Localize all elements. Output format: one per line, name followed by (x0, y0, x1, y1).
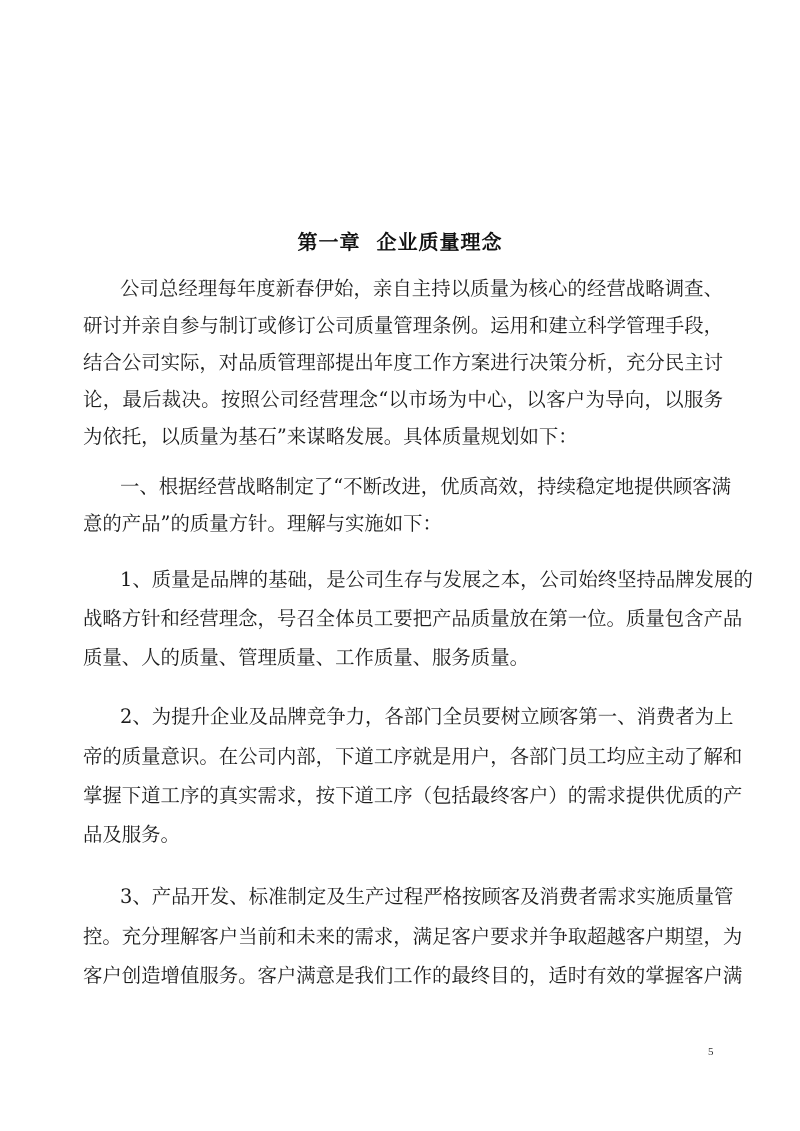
paragraph-item-1-line-3: 质量、人的质量、管理质量、工作质量、服务质量。 (83, 645, 723, 671)
paragraph-intro-line-4: 论，最后裁决。按照公司经营理念“以市场为中心，以客户为导向，以服务 (83, 387, 723, 413)
paragraph-section-1-line-2: 意的产品”的质量方针。理解与实施如下： (83, 511, 723, 537)
chapter-title: 第一章 企业质量理念 (0, 228, 800, 256)
paragraph-item-1-line-2: 战略方针和经营理念，号召全体员工要把产品质量放在第一位。质量包含产品 (83, 606, 723, 632)
paragraph-intro-line-5: 为依托，以质量为基石”来谋略发展。具体质量规划如下： (83, 424, 723, 450)
paragraph-intro-line-2: 研讨并亲自参与制订或修订公司质量管理条例。运用和建立科学管理手段， (83, 313, 723, 339)
paragraph-item-2-line-2: 帝的质量意识。在公司内部，下道工序就是用户，各部门员工均应主动了解和 (83, 744, 723, 770)
paragraph-item-3-line-2: 控。充分理解客户当前和未来的需求，满足客户要求并争取超越客户期望，为 (83, 924, 723, 950)
paragraph-intro-line-3: 结合公司实际，对品质管理部提出年度工作方案进行决策分析，充分民主讨 (83, 350, 723, 376)
paragraph-intro-line-1: 公司总经理每年度新春伊始，亲自主持以质量为核心的经营战略调查、 (120, 276, 723, 302)
paragraph-section-1-line-1: 一、根据经营战略制定了“不断改进，优质高效，持续稳定地提供顾客满 (120, 474, 723, 500)
page-number: 5 (708, 1046, 714, 1058)
document-page: 第一章 企业质量理念 公司总经理每年度新春伊始，亲自主持以质量为核心的经营战略调… (0, 0, 800, 1131)
paragraph-item-3-line-1: 3、产品开发、标准制定及生产过程严格按顾客及消费者需求实施质量管 (120, 884, 723, 910)
paragraph-item-1-line-1: 1、质量是品牌的基础，是公司生存与发展之本，公司始终坚持品牌发展的 (120, 567, 723, 593)
paragraph-item-2-line-3: 掌握下道工序的真实需求，按下道工序（包括最终客户）的需求提供优质的产 (83, 783, 723, 809)
paragraph-item-2-line-4: 品及服务。 (83, 822, 723, 848)
paragraph-item-3-line-3: 客户创造增值服务。客户满意是我们工作的最终目的，适时有效的掌握客户满 (83, 963, 723, 989)
paragraph-item-2-line-1: 2、为提升企业及品牌竞争力，各部门全员要树立顾客第一、消费者为上 (120, 704, 723, 730)
